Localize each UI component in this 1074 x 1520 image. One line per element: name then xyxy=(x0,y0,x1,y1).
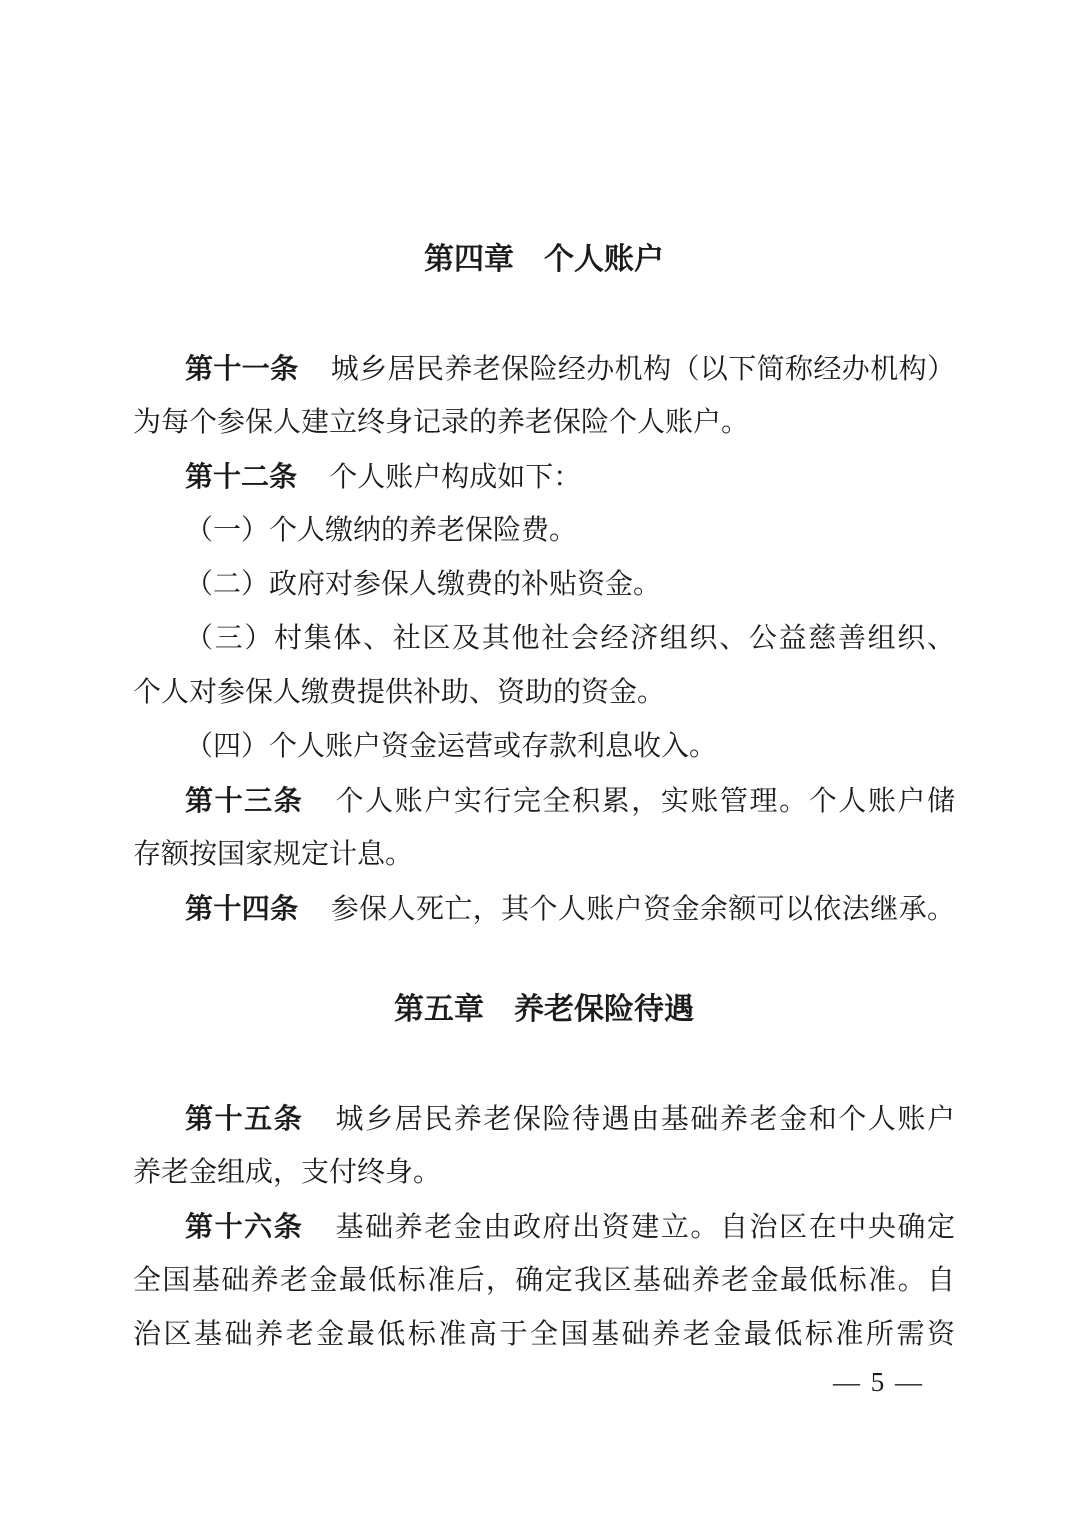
article-11-text: 城乡居民养老保险经办机构（以下简称经办机构） xyxy=(331,354,955,385)
article-13-line-1: 第十三条个人账户实行完全积累，实账管理。个人账户储 xyxy=(133,774,955,828)
article-15-number: 第十五条 xyxy=(185,1103,303,1134)
article-12-item-4: （四）个人账户资金运营或存款利息收入。 xyxy=(133,720,955,774)
article-15-line-1: 第十五条城乡居民养老保险待遇由基础养老金和个人账户 xyxy=(133,1092,955,1146)
article-12-item-2: （二）政府对参保人缴费的补贴资金。 xyxy=(133,558,955,612)
article-15-text-cont: 养老金组成，支付终身。 xyxy=(133,1157,441,1188)
article-16-line-3: 治区基础养老金最低标准高于全国基础养老金最低标准所需资 xyxy=(133,1308,955,1362)
article-13-number: 第十三条 xyxy=(185,785,303,816)
article-15-text: 城乡居民养老保险待遇由基础养老金和个人账户 xyxy=(336,1104,956,1135)
article-14-line-1: 第十四条参保人死亡，其个人账户资金余额可以依法继承。 xyxy=(133,882,955,936)
document-content: 第四章 个人账户 第十一条城乡居民养老保险经办机构（以下简称经办机构） 为每个参… xyxy=(133,0,955,1362)
article-16-text-cont-1: 全国基础养老金最低标准后，确定我区基础养老金最低标准。自 xyxy=(133,1265,955,1296)
chapter-5-heading: 第五章 养老保险待遇 xyxy=(133,983,955,1037)
article-11-text-cont: 为每个参保人建立终身记录的养老保险个人账户。 xyxy=(133,407,749,438)
article-14-text: 参保人死亡，其个人账户资金余额可以依法继承。 xyxy=(331,894,955,925)
article-16-text-cont-2: 治区基础养老金最低标准高于全国基础养老金最低标准所需资 xyxy=(133,1319,955,1350)
article-16-number: 第十六条 xyxy=(185,1211,303,1242)
item-4-text: （四）个人账户资金运营或存款利息收入。 xyxy=(185,731,717,762)
article-11-number: 第十一条 xyxy=(185,353,299,384)
item-3-text: （三）村集体、社区及其他社会经济组织、公益慈善组织、 xyxy=(185,623,955,654)
article-12-text: 个人账户构成如下： xyxy=(329,462,581,493)
article-14-number: 第十四条 xyxy=(185,893,299,924)
article-11-line-1: 第十一条城乡居民养老保险经办机构（以下简称经办机构） xyxy=(133,342,955,396)
article-13-text: 个人账户实行完全积累，实账管理。个人账户储 xyxy=(336,786,956,817)
item-3-text-cont: 个人对参保人缴费提供补助、资助的资金。 xyxy=(133,677,665,708)
article-13-line-2: 存额按国家规定计息。 xyxy=(133,828,955,882)
article-16-line-1: 第十六条基础养老金由政府出资建立。自治区在中央确定 xyxy=(133,1200,955,1254)
chapter-4-heading: 第四章 个人账户 xyxy=(133,233,955,287)
article-13-text-cont: 存额按国家规定计息。 xyxy=(133,839,413,870)
document-page: 第四章 个人账户 第十一条城乡居民养老保险经办机构（以下简称经办机构） 为每个参… xyxy=(0,0,1074,1520)
article-15-line-2: 养老金组成，支付终身。 xyxy=(133,1146,955,1200)
article-12-item-1: （一）个人缴纳的养老保险费。 xyxy=(133,504,955,558)
chapter-4-body: 第十一条城乡居民养老保险经办机构（以下简称经办机构） 为每个参保人建立终身记录的… xyxy=(133,342,955,936)
article-12-item-3-line-1: （三）村集体、社区及其他社会经济组织、公益慈善组织、 xyxy=(133,612,955,666)
article-12-line-1: 第十二条个人账户构成如下： xyxy=(133,450,955,504)
item-2-text: （二）政府对参保人缴费的补贴资金。 xyxy=(185,569,661,600)
page-number: — 5 — xyxy=(833,1362,924,1402)
article-11-line-2: 为每个参保人建立终身记录的养老保险个人账户。 xyxy=(133,396,955,450)
item-1-text: （一）个人缴纳的养老保险费。 xyxy=(185,515,577,546)
article-16-line-2: 全国基础养老金最低标准后，确定我区基础养老金最低标准。自 xyxy=(133,1254,955,1308)
article-16-text: 基础养老金由政府出资建立。自治区在中央确定 xyxy=(336,1212,956,1243)
chapter-5-body: 第十五条城乡居民养老保险待遇由基础养老金和个人账户 养老金组成，支付终身。 第十… xyxy=(133,1092,955,1362)
article-12-item-3-line-2: 个人对参保人缴费提供补助、资助的资金。 xyxy=(133,666,955,720)
article-12-number: 第十二条 xyxy=(185,461,297,492)
